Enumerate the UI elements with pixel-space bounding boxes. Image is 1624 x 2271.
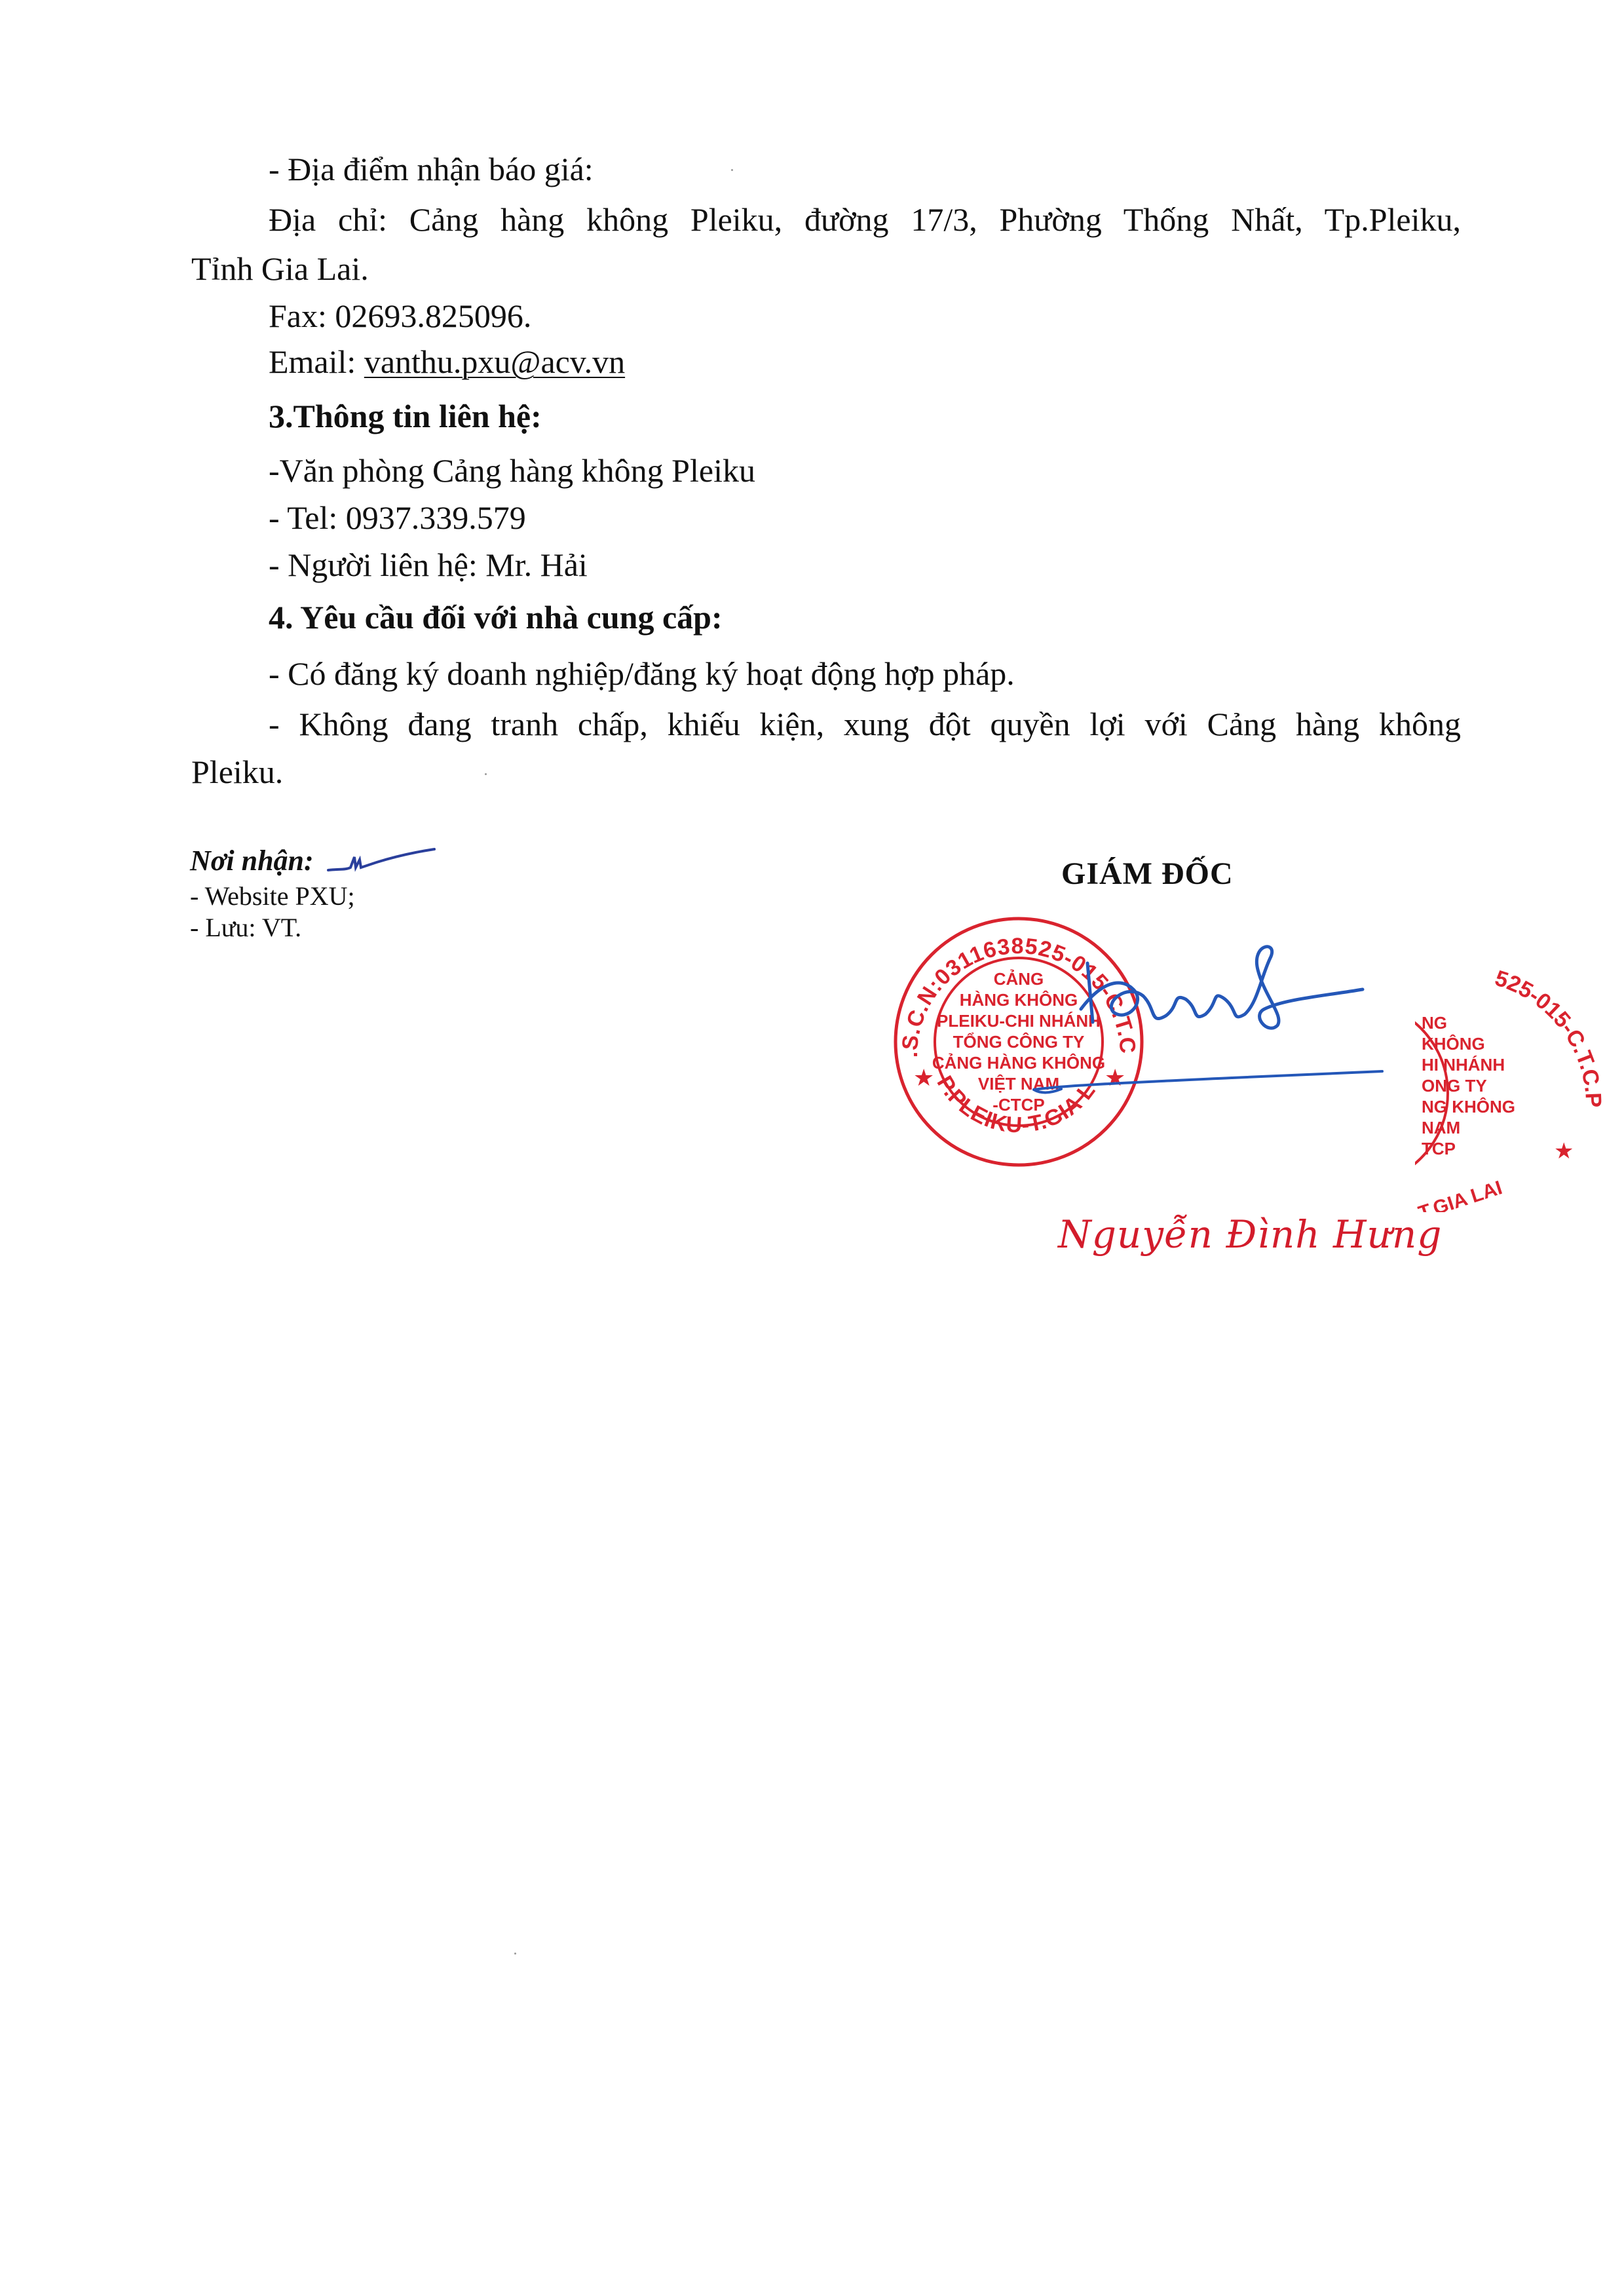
contact-office: -Văn phòng Cảng hàng không Pleiku <box>269 451 755 490</box>
quote-location-heading: - Địa điểm nhận báo giá: <box>269 149 594 189</box>
email-label: Email: <box>269 343 364 380</box>
partial-seal-inner-line: NG KHÔNG <box>1422 1097 1515 1116</box>
seal-inner-line: -CTCP <box>992 1095 1044 1115</box>
requirement-1: - Có đăng ký doanh nghiệp/đăng ký hoạt đ… <box>269 654 1015 693</box>
partial-seal-bottom-text: T.GIA LAI <box>1416 1177 1505 1212</box>
scan-speck <box>485 773 487 775</box>
scan-speck <box>731 169 733 171</box>
seal-inner-line: VIỆT NAM <box>978 1074 1059 1094</box>
scan-speck <box>514 1953 516 1955</box>
seal-star-icon: ★ <box>1105 1065 1125 1091</box>
seal-star-icon: ★ <box>1554 1139 1574 1164</box>
signer-name: Nguyễn Đình Hưng <box>1058 1212 1442 1257</box>
partial-seal-inner-line: KHÔNG <box>1422 1034 1485 1054</box>
seal-inner-line: PLEIKU-CHI NHÁNH <box>937 1011 1101 1031</box>
partial-seal-inner-line: ONG TY <box>1422 1076 1487 1096</box>
section-4-heading: 4. Yêu cầu đối với nhà cung cấp: <box>269 598 723 637</box>
recipient-item: - Website PXU; <box>190 881 437 912</box>
partial-seal-inner-line: NAM <box>1422 1118 1460 1137</box>
requirement-2-line-2: Pleiku. <box>191 752 283 792</box>
company-seal-stamp: M.S.C.N:0311638525-015-C.T.C.P TP.PLEIKU… <box>891 914 1146 1170</box>
partial-seal-stamp: 525-015-C.T.C.P ★ T.GIA LAI NG KHÔNG HI … <box>1415 950 1624 1212</box>
email-link[interactable]: vanthu.pxu@acv.vn <box>364 343 625 380</box>
partial-seal-outer-text: 525-015-C.T.C.P <box>1492 966 1606 1108</box>
contact-tel: - Tel: 0937.339.579 <box>269 498 526 537</box>
recipients-block: Nơi nhận: - Website PXU; - Lưu: VT. <box>190 845 437 944</box>
seal-inner-line: TỔNG CÔNG TY <box>953 1032 1085 1052</box>
partial-seal-inner-line: TCP <box>1422 1139 1456 1158</box>
contact-person: - Người liên hệ: Mr. Hải <box>269 545 588 584</box>
seal-inner-line: HÀNG KHÔNG <box>960 990 1078 1010</box>
address-line-2: Tỉnh Gia Lai. <box>191 249 369 288</box>
signatory-title: GIÁM ĐỐC <box>1061 856 1234 892</box>
section-3-heading: 3.Thông tin liên hệ: <box>269 396 542 436</box>
seal-inner-line: CẢNG HÀNG KHÔNG <box>932 1053 1105 1073</box>
email-row: Email: vanthu.pxu@acv.vn <box>269 342 625 381</box>
address-line-1: Địa chỉ: Cảng hàng không Pleiku, đường 1… <box>269 200 1461 239</box>
recipient-item: - Lưu: VT. <box>190 912 437 944</box>
seal-star-icon: ★ <box>913 1065 934 1091</box>
fax-number: Fax: 02693.825096. <box>269 296 531 335</box>
partial-seal-inner-line: HI NHÁNH <box>1422 1055 1505 1075</box>
seal-inner-line: CẢNG <box>994 969 1044 989</box>
requirement-2-line-1: - Không đang tranh chấp, khiếu kiện, xun… <box>269 704 1461 744</box>
partial-seal-inner-line: NG <box>1422 1013 1447 1033</box>
recipients-title: Nơi nhận: <box>190 845 314 877</box>
initial-mark-icon <box>326 848 437 881</box>
svg-text:525-015-C.T.C.P: 525-015-C.T.C.P <box>1492 966 1606 1108</box>
